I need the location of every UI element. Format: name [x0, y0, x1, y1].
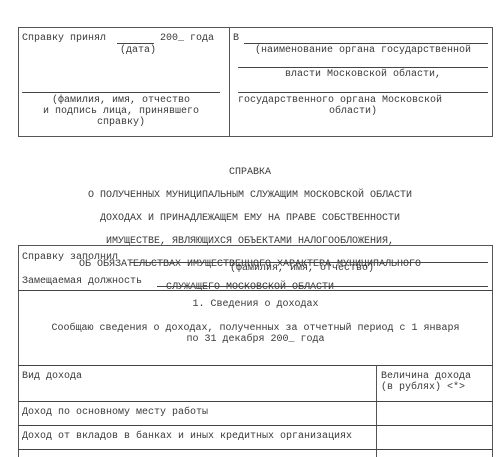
table-header-amount-line: Величина дохода	[381, 371, 471, 382]
section1-intro-line: по 31 декабря 200_ года	[18, 334, 493, 345]
recipient-organ-field-3[interactable]	[238, 92, 488, 93]
accepted-date-field[interactable]	[117, 43, 154, 44]
accepted-label: Справку принял	[22, 33, 106, 44]
income-amount-cell[interactable]	[377, 426, 492, 449]
document-title-line: ДОХОДАХ И ПРИНАДЛЕЖАЩЕМ ЕМУ НА ПРАВЕ СОБ…	[40, 213, 460, 225]
signer-caption-line: (фамилия, имя, отчество	[22, 95, 220, 106]
section1-intro-line: Сообщаю сведения о доходах, полученных з…	[18, 323, 493, 334]
recipient-caption-4: области)	[238, 106, 468, 117]
recipient-caption-3: государственного органа Московской	[238, 95, 442, 106]
table-row: Доход по основному месту работы	[18, 407, 208, 418]
income-type-cell: Доход от вкладов в банках и иных кредитн…	[22, 431, 352, 442]
income-amount-cell[interactable]	[377, 402, 492, 425]
table-header-type: Вид дохода	[18, 371, 82, 382]
table-row-border	[18, 449, 493, 450]
position-field[interactable]	[157, 286, 488, 287]
signer-caption-line: справку)	[22, 117, 220, 128]
date-caption: (дата)	[120, 45, 156, 56]
table-row: Доход от вкладов в банках и иных кредитн…	[18, 431, 352, 442]
recipient-prefix: В	[233, 33, 239, 44]
table-top-border	[18, 365, 493, 366]
table-header-amount-line: (в рублях) <*>	[381, 382, 471, 393]
filled-by-label: Справку заполнил	[22, 252, 118, 263]
table-header-amount: Величина дохода (в рублях) <*>	[377, 371, 471, 393]
filled-by-caption: (фамилия, имя, отчество)	[230, 263, 374, 274]
recipient-caption-1: (наименование органа государственной	[238, 45, 488, 56]
recipient-caption-2: власти Московской области,	[238, 69, 488, 80]
receipt-recipient-divider	[229, 27, 230, 137]
recipient-organ-field-1[interactable]	[244, 43, 488, 44]
accepted-year-text: 200_ года	[160, 33, 214, 44]
income-type-cell: Доход по основному месту работы	[22, 407, 208, 418]
filler-section-divider	[18, 290, 493, 291]
signer-caption-line: и подпись лица, принявшего	[22, 106, 220, 117]
accepted-signer-field[interactable]	[22, 92, 220, 93]
recipient-organ-field-2[interactable]	[238, 67, 488, 68]
document-heading: СПРАВКА	[40, 167, 460, 179]
document-title-line: О ПОЛУЧЕННЫХ МУНИЦИПАЛЬНЫМ СЛУЖАЩИМ МОСК…	[40, 190, 460, 202]
position-label: Замещаемая должность	[22, 276, 142, 287]
section1-heading: 1. Сведения о доходах	[18, 299, 493, 310]
